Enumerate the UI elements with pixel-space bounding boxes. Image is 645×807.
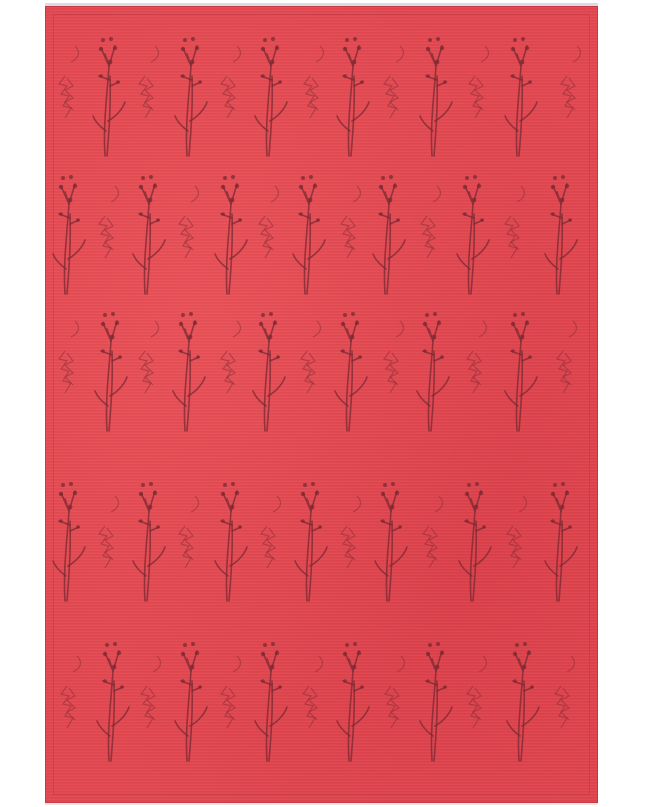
motif-row-5	[61, 642, 574, 761]
botanical-motif-pattern	[45, 6, 598, 803]
motif-row-1	[59, 37, 580, 156]
rug	[45, 6, 598, 803]
motif-row-3	[59, 312, 576, 431]
rug-fringe-bottom	[45, 803, 598, 805]
motif-row-4	[53, 482, 577, 601]
motif-row-2	[53, 175, 577, 294]
